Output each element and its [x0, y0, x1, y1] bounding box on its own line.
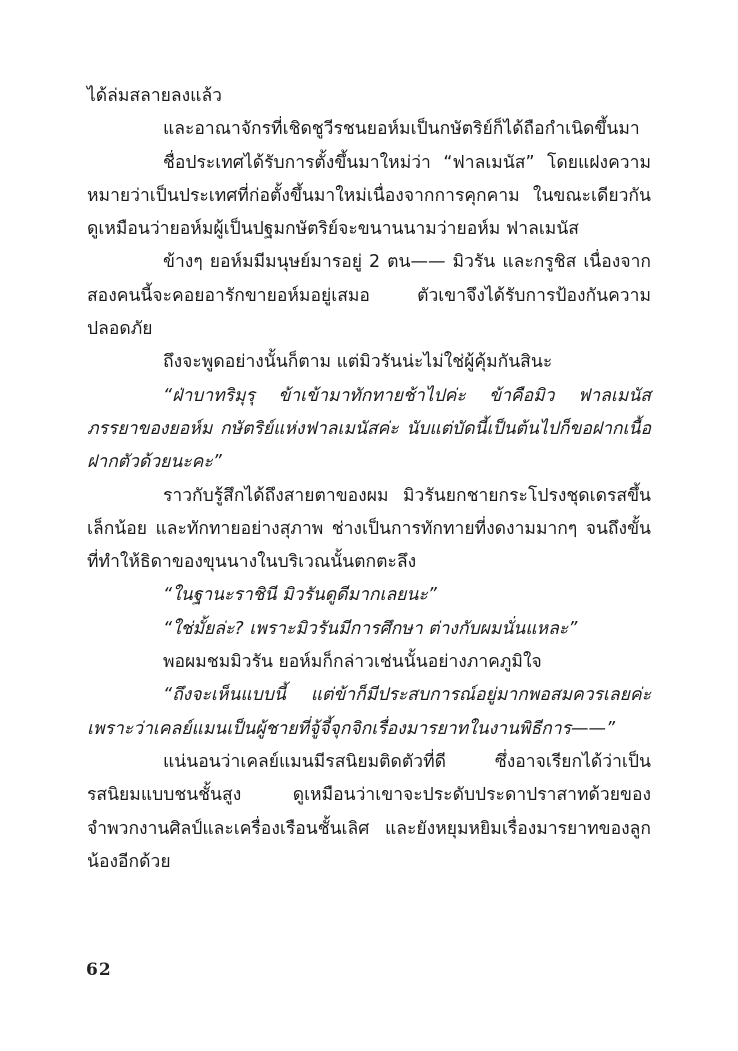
- paragraph-2: และอาณาจักรที่เชิดชูวีรชนยอห์มเป็นกษัตริ…: [87, 113, 651, 146]
- paragraph-5: ถึงจะพูดอย่างนั้นก็ตาม แต่มิวรันน่ะไม่ใช…: [87, 346, 651, 379]
- dialogue-paragraph-6: “ฝ่าบาทริมุรุ ข้าเข้ามาทักทายช้าไปค่ะ ข้…: [87, 380, 651, 480]
- paragraph-7: ราวกับรู้สึกได้ถึงสายตาของผม มิวรันยกชาย…: [87, 480, 651, 580]
- paragraph-12: แน่นอนว่าเคลย์แมนมีรสนิยมติดตัวที่ดี ซึ่…: [87, 746, 651, 879]
- paragraph-1: ได้ล่มสลายลงแล้ว: [87, 80, 651, 113]
- paragraph-10: พอผมชมมิวรัน ยอห์มก็กล่าวเช่นนั้นอย่างภา…: [87, 646, 651, 679]
- book-page-body: ได้ล่มสลายลงแล้ว และอาณาจักรที่เชิดชูวีร…: [87, 80, 651, 879]
- paragraph-4: ข้างๆ ยอห์มมีมนุษย์มารอยู่ 2 ตน—— มิวรัน…: [87, 246, 651, 346]
- dialogue-paragraph-11: “ถึงจะเห็นแบบนี้ แต่ข้าก็มีประสบการณ์อยู…: [87, 679, 651, 746]
- page-number: 62: [86, 960, 112, 980]
- paragraph-3: ชื่อประเทศได้รับการตั้งขึ้นมาใหม่ว่า “ฟา…: [87, 147, 651, 247]
- dialogue-paragraph-8: “ในฐานะราชินี มิวรันดูดีมากเลยนะ”: [87, 579, 651, 612]
- dialogue-paragraph-9: “ใช่มั้ยล่ะ? เพราะมิวรันมีการศึกษา ต่างก…: [87, 613, 651, 646]
